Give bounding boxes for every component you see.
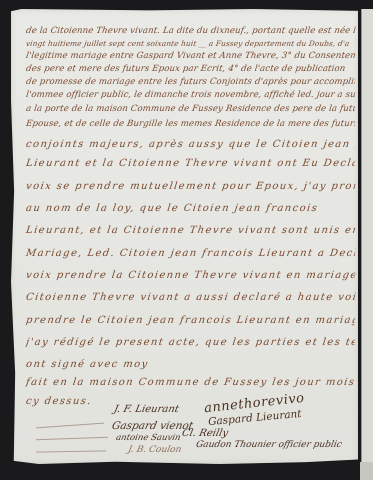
text-line-21: cy dessus. [25, 396, 97, 407]
text-line-5: de promesse de mariage entre les futurs … [25, 77, 355, 87]
text-line-11: voix se prendre mutuellement pour Epoux,… [25, 181, 356, 192]
text-line-13: Lieurant, et la Citoienne Thevre vivant … [25, 225, 356, 236]
text-line-9: conjoints majeurs, après aussy que le Ci… [25, 139, 356, 150]
text-line-15: voix prendre la Citoienne Thevre vivant … [25, 270, 356, 281]
signature-coulon: J. B. Coulon [127, 445, 182, 455]
text-line-2: vingt huitieme juillet sept cent soixant… [25, 39, 355, 48]
text-line-3: l'legitime mariage entre Gaspard Vivant … [25, 51, 355, 61]
text-line-20: fait en la maison Commune de Fussey les … [25, 377, 356, 388]
text-line-19: ont signé avec moy [25, 359, 356, 370]
text-line-16: Citoienne Thevre vivant a aussi declaré … [25, 292, 356, 303]
text-line-18: j'ay rédigé le present acte, que les par… [25, 337, 356, 348]
adjacent-page-edge [361, 9, 373, 480]
text-line-17: prendre le Citoien jean francois Lieuran… [25, 315, 356, 326]
text-line-12: au nom de la loy, que le Citoien jean fr… [25, 203, 356, 214]
signature-lieurant: J. F. Lieurant [113, 404, 180, 415]
text-line-14: Mariage, Led. Citoien jean francois Lieu… [25, 248, 356, 259]
signature-antoine-sauvin: antoine Sauvin [115, 433, 182, 443]
text-line-8: Epouse, et de celle de Burgille les meme… [25, 119, 355, 129]
signature-officier-public: Gaudon Thounier officier public [195, 440, 347, 450]
text-line-6: l'ommee officier public, le dimanche tro… [25, 90, 355, 100]
signature-reilly: Cl. Reilly [181, 428, 229, 439]
text-line-1: de la Citoienne Thevre vivant. La dite d… [25, 26, 355, 36]
adjacent-page-corner [360, 462, 373, 480]
text-line-7: a la porte de la maison Commune de Fusse… [25, 104, 355, 114]
text-line-4: des pere et mere des futurs Epoux par Ec… [25, 64, 355, 74]
text-line-10: Lieurant et la Citoienne Thevre vivant o… [25, 158, 356, 169]
